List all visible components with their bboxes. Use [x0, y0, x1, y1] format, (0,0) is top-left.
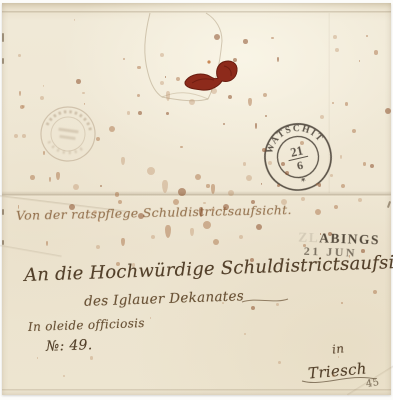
foxing-spot — [359, 60, 361, 62]
foxing-spot — [19, 91, 21, 95]
edge-mark — [2, 240, 4, 245]
foxing-spot — [345, 102, 349, 106]
foxing-spot — [281, 162, 285, 166]
foxing-spot — [373, 290, 377, 294]
foxing-spot — [335, 48, 339, 52]
destination-prefix: in — [331, 341, 345, 356]
arrival-postmark-icon — [32, 98, 104, 170]
scan-background: WATSCHITZ 21 6 ✶ ZLABINGS 21 JUN Von der… — [0, 0, 393, 400]
foxing-spot — [228, 190, 234, 196]
foxing-spot — [18, 205, 20, 209]
foxing-spot — [30, 175, 35, 180]
foxing-spot — [246, 175, 252, 181]
foxing-spot — [316, 183, 319, 186]
foxing-spot — [233, 58, 237, 62]
foxing-spot — [76, 79, 81, 84]
foxing-spot — [96, 245, 100, 249]
edge-mark — [387, 201, 391, 208]
foxing-spot — [213, 239, 219, 245]
foxing-spot — [363, 162, 367, 166]
foxing-spot — [271, 37, 273, 39]
foxing-spot — [277, 57, 279, 62]
foxing-spot — [82, 92, 84, 94]
foxing-spot — [195, 174, 201, 180]
foxing-spot — [93, 210, 97, 214]
foxing-spot — [330, 174, 333, 177]
flourish-dash — [240, 295, 290, 307]
foxing-spot — [332, 374, 335, 377]
foxing-spot — [43, 85, 44, 87]
flap-crease-left-2 — [0, 244, 62, 257]
foxing-spot — [63, 375, 65, 377]
foxing-spot — [239, 235, 243, 239]
foxing-spot — [43, 151, 45, 155]
main-fold-crease — [2, 191, 391, 197]
foxing-spot — [243, 39, 248, 44]
foxing-spot — [90, 356, 94, 360]
foxing-spot — [18, 54, 21, 57]
foxing-spot — [123, 58, 125, 60]
bottom-fold-crease — [2, 389, 391, 391]
address-line-2: des Iglauer Dekanates — [84, 288, 245, 310]
foxing-spot — [98, 220, 100, 222]
foxing-spot — [265, 115, 267, 117]
foxing-spot — [178, 188, 186, 196]
foxing-spot — [100, 185, 102, 187]
foxing-spot — [22, 105, 25, 108]
foxing-spot — [263, 93, 267, 97]
foxing-spot — [248, 98, 251, 106]
foxing-spot — [277, 184, 280, 187]
foxing-spot — [315, 209, 321, 215]
foxing-spot — [366, 35, 368, 37]
foxing-spot — [49, 177, 51, 182]
foxing-spot — [341, 184, 345, 188]
foxing-spot — [256, 224, 262, 230]
foxing-spot — [132, 263, 136, 267]
foxing-spot — [37, 357, 39, 359]
foxing-spot — [285, 171, 289, 175]
foxing-spot — [206, 184, 209, 187]
foxing-spot — [250, 258, 254, 262]
foxing-spot — [147, 167, 155, 175]
foxing-spot — [22, 134, 26, 138]
foxing-spot — [176, 77, 180, 81]
edge-mark — [2, 33, 4, 42]
foxing-spot — [370, 164, 374, 168]
foxing-spot — [165, 225, 171, 238]
foxing-spot — [261, 183, 262, 185]
foxing-spot — [73, 184, 79, 190]
foxing-spot — [268, 161, 272, 165]
official-note: In oleide officiosis — [28, 316, 145, 334]
foxing-spot — [121, 238, 124, 246]
foxing-spot — [320, 115, 324, 119]
foxing-spot — [318, 183, 321, 186]
foxing-spot — [223, 123, 225, 125]
foxing-spot — [150, 317, 152, 319]
foxing-spot — [338, 356, 339, 357]
foxing-spot — [160, 53, 164, 57]
foxing-spot — [334, 205, 338, 209]
foxing-spot — [333, 35, 337, 39]
document-number: №: 49. — [46, 337, 93, 355]
foxing-spot — [56, 172, 59, 180]
foxing-spot — [211, 184, 215, 194]
foxing-spot — [374, 50, 378, 54]
foxing-spot — [115, 192, 119, 196]
foxing-spot — [211, 88, 217, 94]
foxing-spot — [332, 102, 334, 104]
foxing-spot — [180, 146, 182, 148]
foxing-spot — [211, 208, 215, 212]
foxing-spot — [109, 126, 115, 132]
letter-cover: WATSCHITZ 21 6 ✶ ZLABINGS 21 JUN Von der… — [2, 3, 391, 395]
foxing-spot — [166, 112, 169, 115]
foxing-spot — [151, 235, 155, 239]
foxing-spot — [244, 333, 246, 335]
postmark-place: WATSCHITZ — [250, 109, 326, 160]
foxing-spot — [301, 197, 305, 201]
stamp-faded-prefix: ZL — [298, 230, 320, 246]
foxing-spot — [190, 228, 193, 236]
foxing-spot — [138, 213, 144, 219]
foxing-spot — [173, 199, 179, 205]
foxing-spot — [352, 129, 356, 133]
foxing-spot — [116, 262, 120, 266]
pencil-note: 45 — [365, 377, 380, 390]
foxing-spot — [69, 204, 75, 210]
foxing-spot — [341, 302, 343, 304]
foxing-spot — [349, 255, 350, 258]
foxing-spot — [228, 95, 232, 99]
foxing-spot — [74, 19, 75, 22]
foxing-spot — [121, 157, 124, 165]
address-line-1: An die Hochwürdige Schuldistrictsaufsich… — [24, 251, 393, 286]
foxing-spot — [189, 99, 195, 105]
foxing-spot — [40, 96, 44, 100]
foxing-spot — [243, 162, 247, 166]
docket-line: Von der ratspflege Schuldistrictsaufsich… — [16, 202, 292, 223]
foxing-spot — [118, 200, 122, 204]
foxing-spot — [14, 134, 18, 138]
foxing-spot — [165, 76, 167, 78]
foxing-spot — [251, 200, 255, 204]
foxing-spot — [340, 155, 342, 159]
foxing-spot — [214, 34, 220, 40]
foxing-spot — [96, 137, 100, 141]
foxing-spot — [203, 221, 211, 229]
foxing-spot — [300, 141, 304, 145]
foxing-spot — [138, 111, 142, 115]
main-fold-line — [2, 194, 391, 196]
foxing-spot — [361, 249, 365, 253]
foxing-spot — [385, 108, 391, 114]
foxing-spot — [223, 204, 229, 210]
foxing-spot — [162, 180, 168, 193]
postmark-month: 6 — [295, 158, 304, 173]
edge-mark — [2, 58, 4, 64]
foxing-spot — [46, 241, 48, 246]
edge-mark — [2, 209, 4, 215]
foxing-spot — [281, 199, 287, 205]
foxing-spot — [127, 111, 130, 114]
foxing-spot — [328, 232, 332, 236]
foxing-spot — [251, 306, 255, 310]
foxing-spot — [358, 198, 362, 202]
watschitz-postmark-icon: WATSCHITZ 21 6 ✶ — [250, 109, 346, 205]
foxing-spot — [278, 361, 281, 364]
svg-text:WATSCHITZ: WATSCHITZ — [250, 109, 326, 160]
